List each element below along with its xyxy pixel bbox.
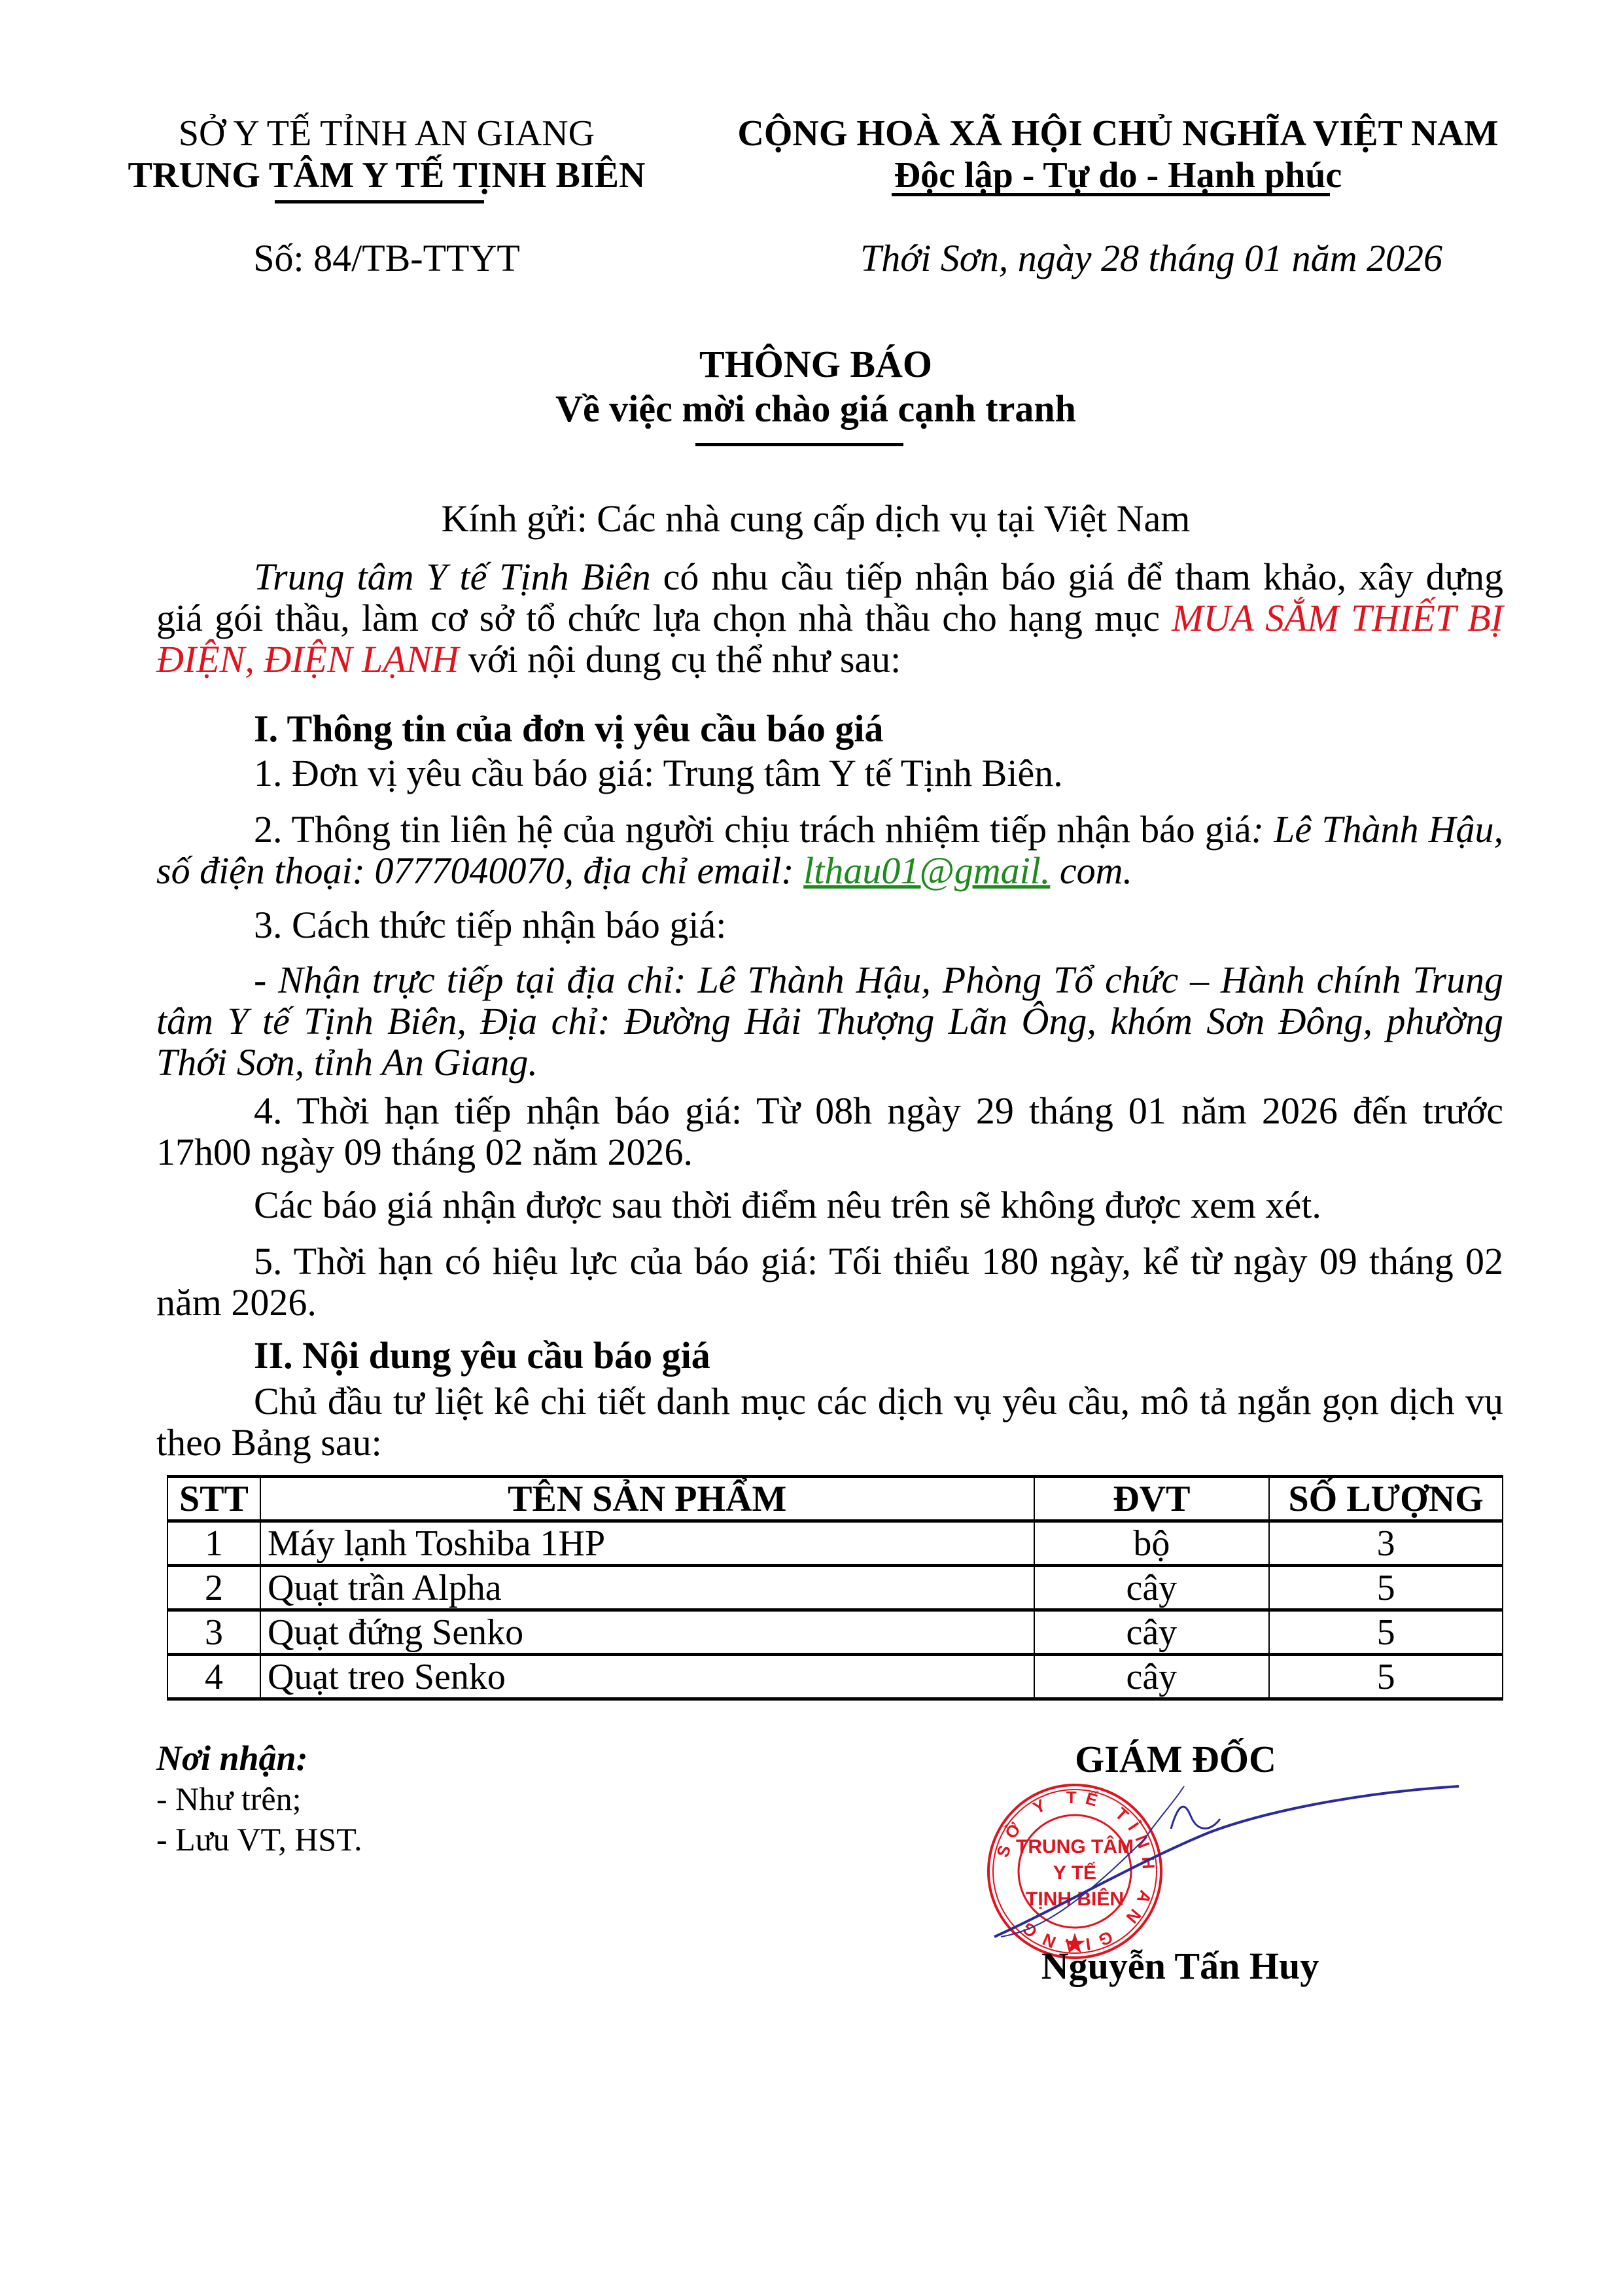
nation-title: CỘNG HOÀ XÃ HỘI CHỦ NGHĨA VIỆT NAM	[737, 115, 1498, 152]
document-number: Số: 84/TB-TTYT	[253, 239, 520, 277]
section1-heading: I. Thông tin của đơn vị yêu cầu báo giá	[156, 708, 1503, 749]
cell-unit: cây	[1034, 1566, 1270, 1610]
header-stt: STT	[167, 1477, 260, 1521]
section1-item5: 5. Thời hạn có hiệu lực của báo giá: Tối…	[156, 1241, 1503, 1323]
signature-scribble-icon	[975, 1780, 1472, 1963]
cell-quantity: 3	[1269, 1521, 1503, 1566]
section1-item3-detail: - Nhận trực tiếp tại địa chỉ: Lê Thành H…	[156, 959, 1503, 1083]
section2-heading: II. Nội dung yêu cầu báo giá	[156, 1335, 1503, 1376]
intro-text-2: với nội dung cụ thể như sau:	[459, 638, 901, 680]
document-subtitle: Về việc mời chào giá cạnh tranh	[555, 390, 1076, 428]
cell-quantity: 5	[1269, 1610, 1503, 1655]
signer-position: GIÁM ĐỐC	[1075, 1740, 1276, 1778]
unit-name: TRUNG TÂM Y TẾ TỊNH BIÊN	[128, 157, 646, 194]
cell-unit: cây	[1034, 1610, 1270, 1655]
cell-product-name: Quạt treo Senko	[260, 1655, 1034, 1699]
recipient-line: Kính gửi: Các nhà cung cấp dịch vụ tại V…	[442, 500, 1191, 538]
intro-paragraph: Trung tâm Y tế Tịnh Biên có nhu cầu tiếp…	[156, 556, 1503, 680]
item2-prefix: 2. Thông tin liên hệ của người chịu trác…	[254, 808, 1251, 851]
national-motto: Độc lập - Tự do - Hạnh phúc	[894, 157, 1342, 194]
table-row: 1 Máy lạnh Toshiba 1HP bộ 3	[167, 1521, 1503, 1566]
document-title: THÔNG BÁO	[699, 345, 932, 383]
unit-underline	[275, 200, 484, 203]
title-underline	[695, 443, 903, 446]
header-unit: ĐVT	[1034, 1477, 1270, 1521]
section1-item1: 1. Đơn vị yêu cầu báo giá: Trung tâm Y t…	[156, 752, 1503, 794]
cell-stt: 4	[167, 1655, 260, 1699]
agency-name: SỞ Y TẾ TỈNH AN GIANG	[179, 115, 595, 152]
table-row: 4 Quạt treo Senko cây 5	[167, 1655, 1503, 1699]
table-row: 3 Quạt đứng Senko cây 5	[167, 1610, 1503, 1655]
signer-name: Nguyễn Tấn Huy	[1041, 1947, 1319, 1985]
cell-stt: 3	[167, 1610, 260, 1655]
header-product-name: TÊN SẢN PHẨM	[260, 1477, 1034, 1521]
product-table: STT TÊN SẢN PHẨM ĐVT SỐ LƯỢNG 1 Máy lạnh…	[167, 1475, 1503, 1701]
table-row: 2 Quạt trần Alpha cây 5	[167, 1566, 1503, 1610]
cell-stt: 1	[167, 1521, 260, 1566]
cell-quantity: 5	[1269, 1655, 1503, 1699]
table-header-row: STT TÊN SẢN PHẨM ĐVT SỐ LƯỢNG	[167, 1477, 1503, 1521]
section2-intro: Chủ đầu tư liệt kê chi tiết danh mục các…	[156, 1381, 1503, 1463]
header-quantity: SỐ LƯỢNG	[1269, 1477, 1503, 1521]
email-link[interactable]: lthau01@gmail.	[803, 849, 1050, 892]
section1-item2: 2. Thông tin liên hệ của người chịu trác…	[156, 809, 1503, 891]
intro-org: Trung tâm Y tế Tịnh Biên	[254, 556, 651, 598]
cell-stt: 2	[167, 1566, 260, 1610]
cell-product-name: Quạt đứng Senko	[260, 1610, 1034, 1655]
recipient-item: - Lưu VT, HST.	[156, 1823, 362, 1856]
cell-unit: cây	[1034, 1655, 1270, 1699]
recipient-item: - Như trên;	[156, 1782, 301, 1815]
cell-product-name: Máy lạnh Toshiba 1HP	[260, 1521, 1034, 1566]
section1-item4: 4. Thời hạn tiếp nhận báo giá: Từ 08h ng…	[156, 1090, 1503, 1173]
item2-suffix: com.	[1050, 849, 1132, 892]
motto-underline	[892, 193, 1330, 196]
section1-item3: 3. Cách thức tiếp nhận báo giá:	[156, 904, 1503, 945]
section1-item4-note: Các báo giá nhận được sau thời điểm nêu …	[156, 1184, 1503, 1226]
cell-quantity: 5	[1269, 1566, 1503, 1610]
cell-product-name: Quạt trần Alpha	[260, 1566, 1034, 1610]
place-date: Thới Sơn, ngày 28 tháng 01 năm 2026	[860, 239, 1442, 277]
cell-unit: bộ	[1034, 1521, 1270, 1566]
recipients-label: Nơi nhận:	[156, 1740, 308, 1776]
